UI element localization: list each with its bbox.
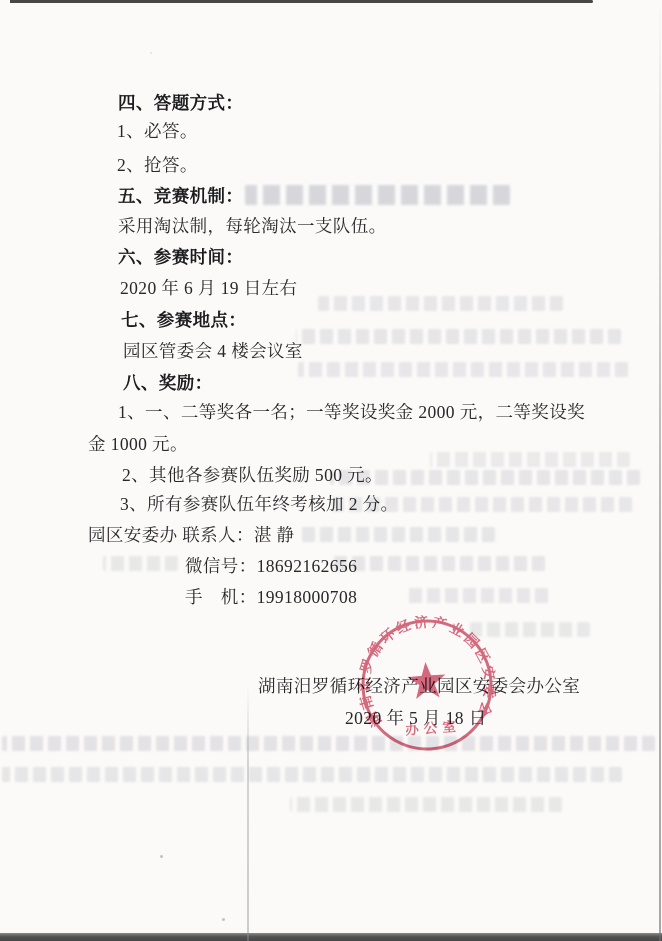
item-rush-answer: 2、抢答。 (117, 155, 198, 175)
contact-phone-line: 手 机：19918000708 (185, 587, 357, 607)
paper-crease-line (247, 686, 249, 941)
text-elimination-system: 采用淘汰制，每轮淘汰一支队伍。 (118, 216, 387, 236)
official-seal: 湖南汨罗循环经济产业园区安委会 办公室 (352, 610, 501, 759)
scan-speck (160, 855, 163, 858)
bleedthrough-ghost-line (330, 556, 545, 571)
text-competition-date: 2020 年 6 月 19 日左右 (120, 278, 297, 298)
contact-person-line: 园区安委办 联系人：湛 静 (88, 525, 294, 545)
bleedthrough-ghost-line (296, 329, 621, 344)
bleedthrough-ghost-line (318, 296, 563, 311)
bleedthrough-ghost-line (430, 452, 630, 467)
text-reward-assessment: 3、所有参赛队伍年终考核加 2 分。 (120, 494, 398, 514)
bleedthrough-ghost-line (2, 736, 655, 751)
scanned-document-page: 四、答题方式： 1、必答。 2、抢答。 五、竞赛机制： 采用淘汰制，每轮淘汰一支… (0, 0, 662, 941)
text-reward-first-line: 1、一、二等奖各一名；一等奖设奖金 2000 元，二等奖设奖 (118, 402, 585, 422)
heading-answer-method: 四、答题方式： (118, 93, 243, 113)
contact-wechat-line: 微信号：18692162656 (185, 556, 357, 576)
heading-rewards: 八、奖励： (123, 373, 213, 393)
text-venue: 园区管委会 4 楼会议室 (123, 341, 303, 361)
bleedthrough-ghost-line (290, 797, 562, 812)
bleedthrough-ghost-line (300, 527, 495, 542)
bleedthrough-ghost-title (245, 185, 510, 205)
text-reward-wrap-line: 金 1000 元。 (88, 434, 188, 454)
bleedthrough-ghost-line (103, 556, 178, 571)
bleedthrough-ghost-line (408, 588, 548, 603)
page-right-edge (659, 0, 661, 941)
text-reward-others: 2、其他各参赛队伍奖励 500 元。 (122, 465, 383, 485)
heading-competition-venue: 七、参赛地点： (121, 310, 246, 330)
scan-edge-top (10, 0, 593, 3)
scan-speck (150, 52, 152, 54)
scan-speck (222, 918, 225, 921)
scan-edge-bottom (0, 933, 662, 941)
heading-competition-time: 六、参赛时间： (118, 247, 243, 267)
bleedthrough-ghost-line (2, 767, 622, 782)
heading-competition-mechanism: 五、竞赛机制： (118, 186, 243, 206)
seal-star-icon (406, 661, 446, 700)
seal-bottom-label: 办公室 (405, 718, 461, 738)
bleedthrough-ghost-line (298, 362, 628, 377)
item-required-answer: 1、必答。 (117, 121, 198, 141)
